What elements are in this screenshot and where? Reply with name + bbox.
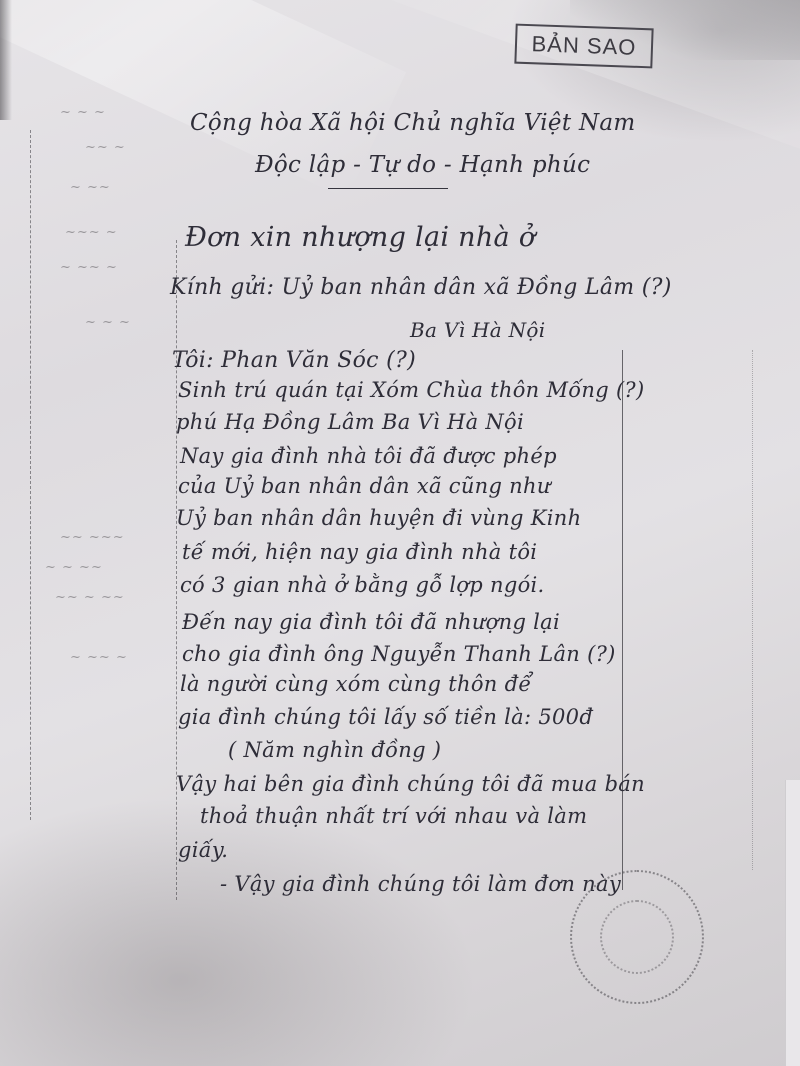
recipient-line1: Kính gửi: Uỷ ban nhân dân xã Đồng Lâm (?…: [170, 275, 672, 300]
copy-stamp: BẢN SAO: [514, 24, 653, 69]
body-line: - Vậy gia đình chúng tôi làm đơn này: [220, 872, 621, 896]
body-line: ( Năm nghìn đồng ): [228, 738, 441, 762]
body-line: có 3 gian nhà ở bằng gỗ lợp ngói.: [180, 573, 545, 597]
margin-line: [30, 130, 31, 820]
margin-line: [752, 350, 753, 870]
body-line: cho gia đình ông Nguyễn Thanh Lân (?): [182, 642, 616, 666]
body-line: Nay gia đình nhà tôi đã được phép: [180, 444, 557, 468]
bleed-through-text: ~~ ~: [85, 140, 126, 155]
bleed-through-text: ~ ~ ~: [85, 315, 131, 330]
national-header-line2: Độc lập - Tự do - Hạnh phúc: [255, 152, 590, 178]
bleed-through-text: ~~ ~~~: [60, 530, 125, 545]
document-title: Đơn xin nhượng lại nhà ở: [185, 222, 535, 253]
body-line: phú Hạ Đồng Lâm Ba Vì Hà Nội: [176, 410, 524, 434]
bleed-through-text: ~ ~~ ~: [70, 650, 128, 665]
margin-line: [176, 240, 177, 900]
bleed-through-text: ~ ~~: [70, 180, 111, 195]
bleed-through-text: ~ ~ ~~: [45, 560, 103, 575]
sender-name: Tôi: Phan Văn Sóc (?): [172, 348, 416, 373]
body-line: Đến nay gia đình tôi đã nhượng lại: [182, 610, 560, 634]
body-line: Uỷ ban nhân dân huyện đi vùng Kinh: [176, 506, 581, 530]
margin-line: [622, 350, 623, 890]
body-line: là người cùng xóm cùng thôn để: [180, 672, 532, 696]
body-line: của Uỷ ban nhân dân xã cũng như: [178, 474, 551, 498]
body-line: giấy.: [178, 838, 228, 862]
body-line: Sinh trú quán tại Xóm Chùa thôn Mống (?): [178, 378, 644, 402]
bleed-through-text: ~ ~~ ~: [60, 260, 118, 275]
body-line: gia đình chúng tôi lấy số tiền là: 500đ: [178, 705, 593, 729]
document-page: ~ ~ ~ ~~ ~ ~ ~~ ~~~ ~ ~ ~~ ~ ~ ~ ~ ~~ ~~…: [0, 0, 800, 1066]
body-line: thoả thuận nhất trí với nhau và làm: [200, 804, 587, 828]
official-seal: [570, 870, 704, 1004]
bleed-through-text: ~~ ~ ~~: [55, 590, 125, 605]
header-underline: [328, 188, 448, 189]
bleed-through-text: ~~~ ~: [65, 225, 118, 240]
edge-shadow: [0, 0, 12, 120]
body-line: tế mới, hiện nay gia đình nhà tôi: [182, 540, 537, 564]
national-header-line1: Cộng hòa Xã hội Chủ nghĩa Việt Nam: [190, 110, 636, 136]
recipient-line2: Ba Vì Hà Nội: [410, 318, 545, 342]
bleed-through-text: ~ ~ ~: [60, 105, 106, 120]
body-line: Vậy hai bên gia đình chúng tôi đã mua bá…: [176, 772, 645, 796]
adjacent-page-edge: [785, 780, 800, 1066]
